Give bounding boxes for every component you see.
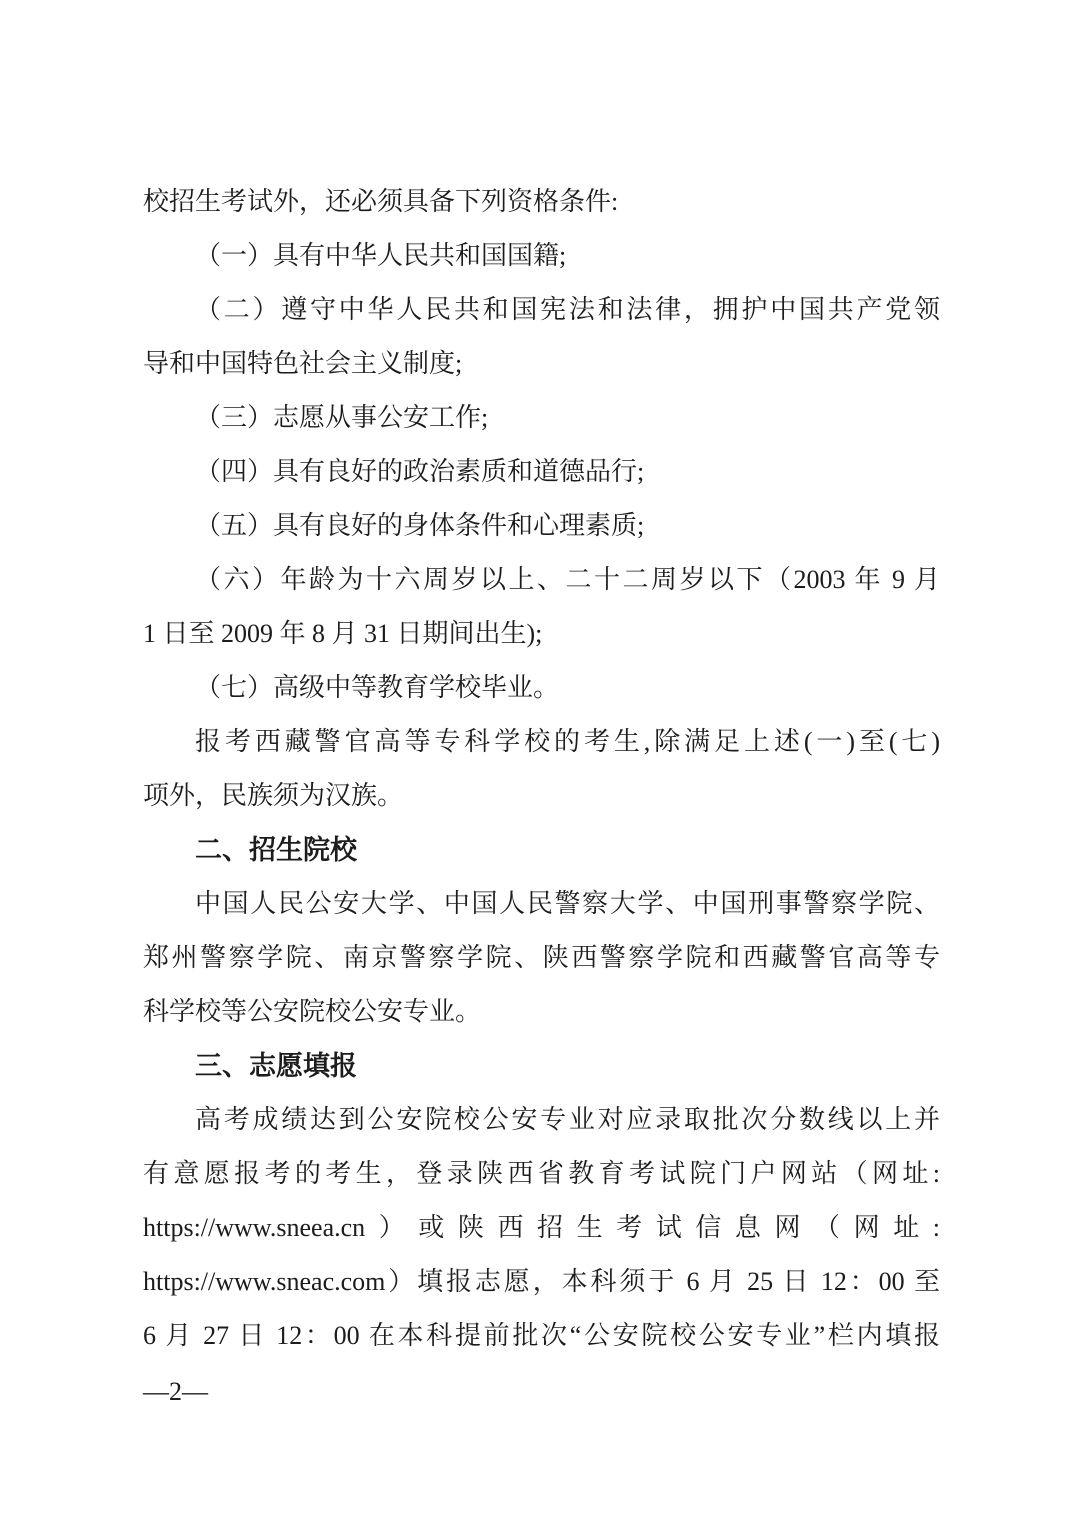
text-line: 郑州警察学院、南京警察学院、陕西警察学院和西藏警官高等专 bbox=[143, 931, 940, 985]
section-heading: 三、志愿填报 bbox=[143, 1039, 940, 1093]
text-line: 导和中国特色社会主义制度; bbox=[143, 337, 940, 391]
text-line: https://www.sneac.com）填报志愿，本科须于 6 月 25 日… bbox=[143, 1255, 940, 1309]
text-line: 6 月 27 日 12：00 在本科提前批次“公安院校公安专业”栏内填报 bbox=[143, 1309, 940, 1363]
text-line: （二）遵守中华人民共和国宪法和法律，拥护中国共产党领 bbox=[143, 283, 940, 337]
text-line: 1 日至 2009 年 8 月 31 日期间出生); bbox=[143, 607, 940, 661]
text-line: 有意愿报考的考生，登录陕西省教育考试院门户网站（网址: bbox=[143, 1147, 940, 1201]
text-line: 项外，民族须为汉族。 bbox=[143, 769, 940, 823]
text-line: （六）年龄为十六周岁以上、二十二周岁以下（2003 年 9 月 bbox=[143, 553, 940, 607]
text-line: 科学校等公安院校公安专业。 bbox=[143, 985, 940, 1039]
section-heading: 二、招生院校 bbox=[143, 823, 940, 877]
text-line: 校招生考试外，还必须具备下列资格条件: bbox=[143, 175, 940, 229]
text-line: （五）具有良好的身体条件和心理素质; bbox=[143, 499, 940, 553]
text-line: （七）高级中等教育学校毕业。 bbox=[143, 661, 940, 715]
text-line: （一）具有中华人民共和国国籍; bbox=[143, 229, 940, 283]
text-line: （三）志愿从事公安工作; bbox=[143, 391, 940, 445]
text-line: （四）具有良好的政治素质和道德品行; bbox=[143, 445, 940, 499]
document-page: 校招生考试外，还必须具备下列资格条件: （一）具有中华人民共和国国籍; （二）遵… bbox=[0, 0, 1074, 1520]
text-line: 高考成绩达到公安院校公安专业对应录取批次分数线以上并 bbox=[143, 1093, 940, 1147]
text-line: https://www.sneea.cn）或陕西招生考试信息网（网址: bbox=[143, 1201, 940, 1255]
text-line: 报考西藏警官高等专科学校的考生,除满足上述(一)至(七) bbox=[143, 715, 940, 769]
text-line: 中国人民公安大学、中国人民警察大学、中国刑事警察学院、 bbox=[143, 877, 940, 931]
document-body: 校招生考试外，还必须具备下列资格条件: （一）具有中华人民共和国国籍; （二）遵… bbox=[143, 175, 940, 1363]
page-number: —2— bbox=[143, 1365, 208, 1419]
